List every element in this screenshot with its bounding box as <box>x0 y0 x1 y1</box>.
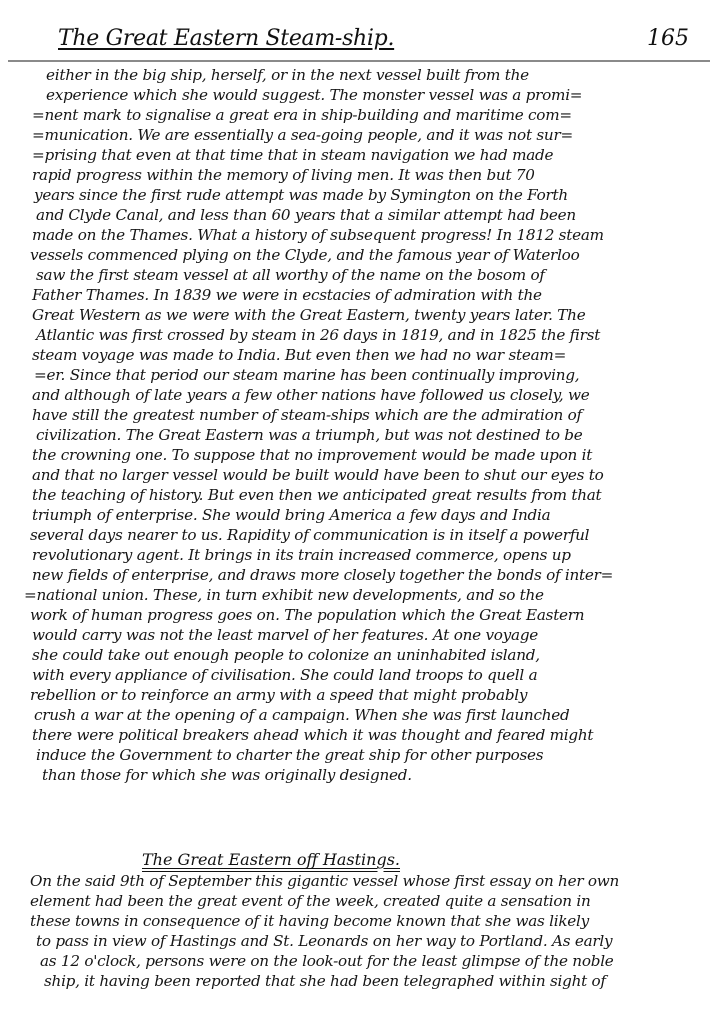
text-line: than those for which she was originally … <box>42 766 412 784</box>
text-line: with every appliance of civilisation. Sh… <box>32 666 537 684</box>
text-line: saw the first steam vessel at all worthy… <box>36 266 545 284</box>
text-line: there were political breakers ahead whic… <box>32 726 593 744</box>
text-line: induce the Government to charter the gre… <box>36 746 543 764</box>
page-header: The Great Eastern Steam-ship. 165 <box>0 22 715 62</box>
text-line: ship, it having been reported that she h… <box>44 972 606 990</box>
manuscript-page: The Great Eastern Steam-ship. 165 either… <box>0 0 715 1024</box>
text-line: experience which she would suggest. The … <box>46 86 582 104</box>
text-line: steam voyage was made to India. But even… <box>32 346 566 364</box>
text-line: and Clyde Canal, and less than 60 years … <box>36 206 576 224</box>
text-line: On the said 9th of September this gigant… <box>30 872 619 890</box>
text-line: =er. Since that period our steam marine … <box>34 366 579 384</box>
text-line: Atlantic was first crossed by steam in 2… <box>36 326 600 344</box>
text-line: =munication. We are essentially a sea-go… <box>32 126 573 144</box>
text-line: these towns in consequence of it having … <box>30 912 589 930</box>
text-line: she could take out enough people to colo… <box>32 646 540 664</box>
text-line: to pass in view of Hastings and St. Leon… <box>36 932 612 950</box>
text-line: would carry was not the least marvel of … <box>32 626 538 644</box>
text-line: Great Western as we were with the Great … <box>32 306 585 324</box>
text-line: rebellion or to reinforce an army with a… <box>30 686 527 704</box>
text-line: triumph of enterprise. She would bring A… <box>32 506 550 524</box>
text-line: new fields of enterprise, and draws more… <box>32 566 613 584</box>
text-line: rapid progress within the memory of livi… <box>32 166 535 184</box>
text-line: either in the big ship, herself, or in t… <box>46 66 706 84</box>
page-number: 165 <box>647 26 689 51</box>
text-line: =nent mark to signalise a great era in s… <box>32 106 572 124</box>
page-title: The Great Eastern Steam-ship. <box>58 26 394 51</box>
text-line: revolutionary agent. It brings in its tr… <box>32 546 571 564</box>
header-rule <box>8 60 710 62</box>
text-line: made on the Thames. What a history of su… <box>32 226 604 244</box>
text-line: years since the first rude attempt was m… <box>34 186 568 204</box>
text-line: several days nearer to us. Rapidity of c… <box>30 526 589 544</box>
text-line: element had been the great event of the … <box>30 892 591 910</box>
text-line: work of human progress goes on. The popu… <box>30 606 584 624</box>
text-line: and although of late years a few other n… <box>32 386 590 404</box>
text-line: the crowning one. To suppose that no imp… <box>32 446 592 464</box>
text-line: and that no larger vessel would be built… <box>32 466 604 484</box>
text-line: Father Thames. In 1839 we were in ecstac… <box>32 286 542 304</box>
text-line: crush a war at the opening of a campaign… <box>34 706 569 724</box>
text-line: as 12 o'clock, persons were on the look-… <box>40 952 614 970</box>
text-line: the teaching of history. But even then w… <box>32 486 601 504</box>
text-line: =prising that even at that time that in … <box>32 146 553 164</box>
text-line: civilization. The Great Eastern was a tr… <box>36 426 583 444</box>
text-line: have still the greatest number of steam-… <box>32 406 582 424</box>
text-line: vessels commenced plying on the Clyde, a… <box>30 246 579 264</box>
text-line: =national union. These, in turn exhibit … <box>24 586 544 604</box>
section-heading: The Great Eastern off Hastings. <box>142 850 400 869</box>
